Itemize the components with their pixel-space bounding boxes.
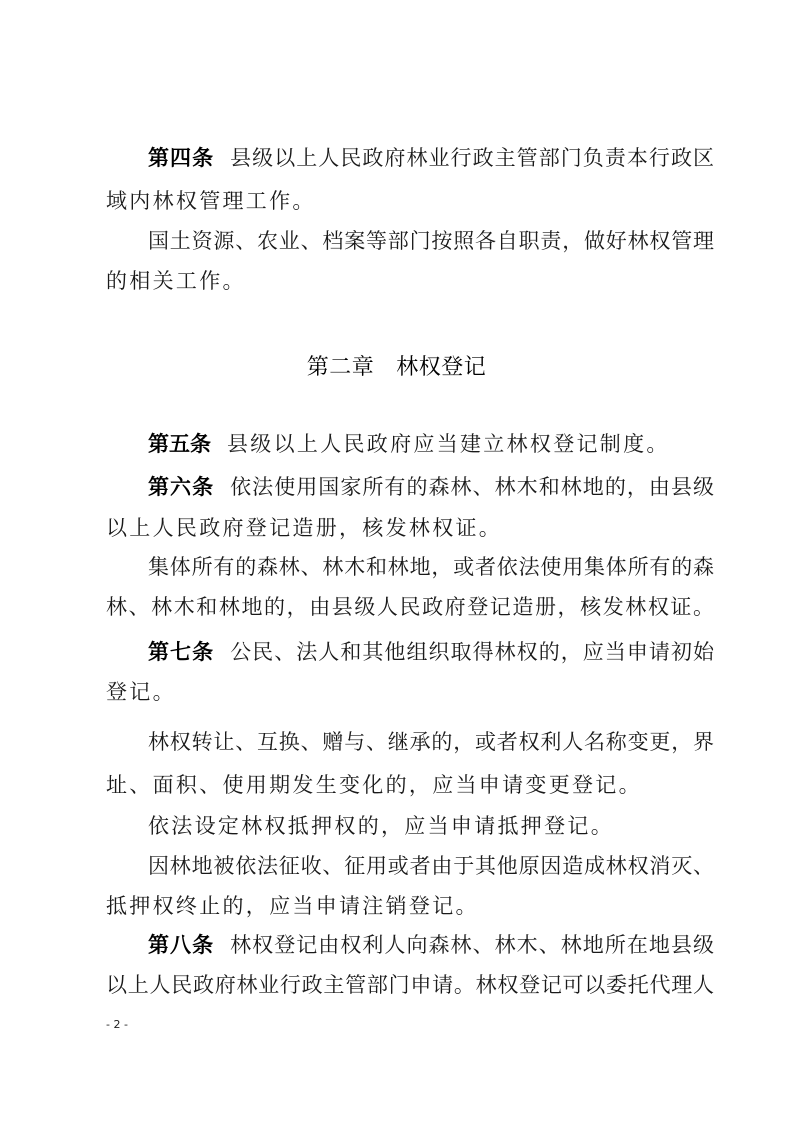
article-label: 第八条 xyxy=(148,933,214,957)
page-number: - 2 - xyxy=(106,1018,128,1031)
paragraph-line: 第五条县级以上人民政府应当建立林权登记制度。 xyxy=(148,429,714,459)
paragraph-line: 以上人民政府登记造册，核发林权证。 xyxy=(106,513,714,543)
paragraph-line: 域内林权管理工作。 xyxy=(106,186,714,216)
paragraph-line: 址、面积、使用期发生变化的，应当申请变更登记。 xyxy=(106,770,714,800)
paragraph-line: 国土资源、农业、档案等部门按照各自职责，做好林权管理 xyxy=(148,226,714,256)
article-label: 第六条 xyxy=(148,475,214,499)
paragraph-line: 集体所有的森林、林木和林地，或者依法使用集体所有的森 xyxy=(148,552,714,582)
paragraph-line: 因林地被依法征收、征用或者由于其他原因造成林权消灭、 xyxy=(148,851,714,881)
paragraph-text: 公民、法人和其他组织取得林权的，应当申请初始 xyxy=(230,640,714,664)
article-label: 第四条 xyxy=(148,146,214,170)
paragraph-line: 第六条依法使用国家所有的森林、林木和林地的，由县级 xyxy=(148,472,714,502)
paragraph-line: 登记。 xyxy=(106,677,714,707)
paragraph-line: 以上人民政府林业行政主管部门申请。林权登记可以委托代理人 xyxy=(106,970,714,1000)
paragraph-text: 林权登记由权利人向森林、林木、林地所在地县级 xyxy=(230,933,714,957)
paragraph-line: 林、林木和林地的，由县级人民政府登记造册，核发林权证。 xyxy=(106,592,714,622)
paragraph-text: 依法使用国家所有的森林、林木和林地的，由县级 xyxy=(230,475,714,499)
paragraph-line: 林权转让、互换、赠与、继承的，或者权利人名称变更，界 xyxy=(148,727,714,757)
chapter-number: 第二章 xyxy=(307,355,375,380)
paragraph-text: 县级以上人民政府林业行政主管部门负责本行政区 xyxy=(230,146,714,170)
paragraph-line: 依法设定林权抵押权的，应当申请抵押登记。 xyxy=(148,811,714,841)
paragraph-text: 县级以上人民政府应当建立林权登记制度。 xyxy=(227,432,670,456)
chapter-heading: 第二章林权登记 xyxy=(0,350,793,381)
paragraph-line: 抵押权终止的，应当申请注销登记。 xyxy=(106,891,714,921)
paragraph-line: 第八条林权登记由权利人向森林、林木、林地所在地县级 xyxy=(148,930,714,960)
paragraph-line: 第四条县级以上人民政府林业行政主管部门负责本行政区 xyxy=(148,143,714,173)
article-label: 第七条 xyxy=(148,640,214,664)
paragraph-line: 的相关工作。 xyxy=(106,266,714,296)
article-label: 第五条 xyxy=(148,432,211,456)
paragraph-line: 第七条公民、法人和其他组织取得林权的，应当申请初始 xyxy=(148,637,714,667)
chapter-title: 林权登记 xyxy=(396,355,486,380)
